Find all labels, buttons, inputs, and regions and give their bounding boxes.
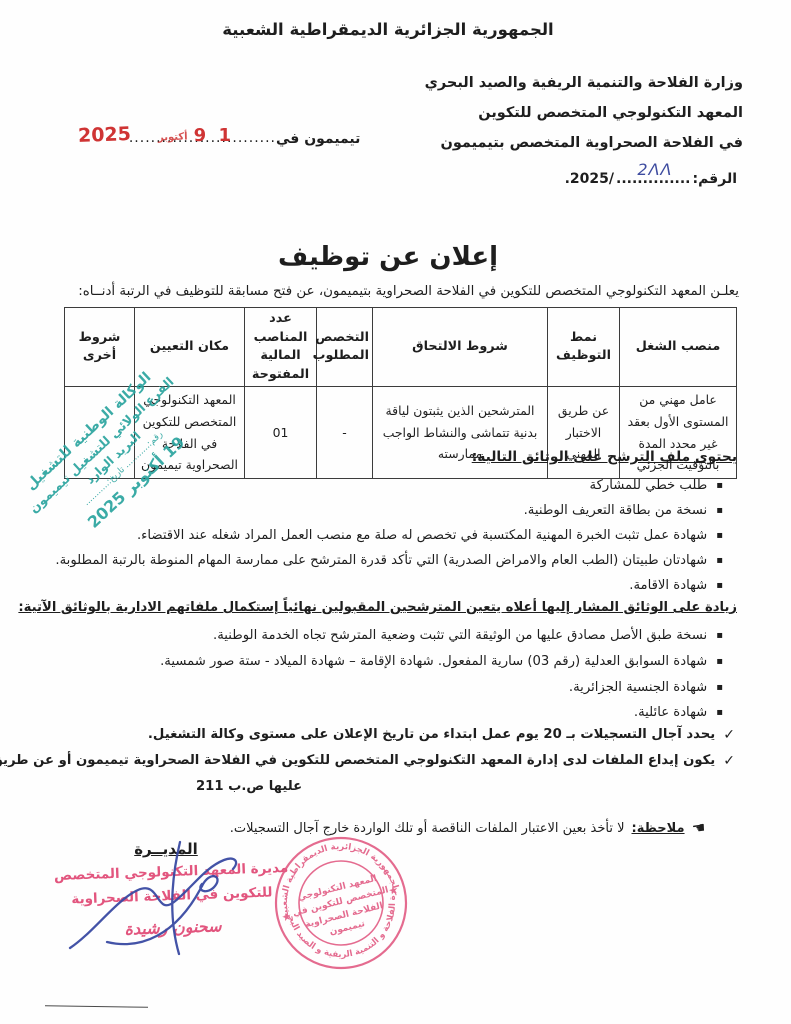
list-item: ▪ شهادة الاقامة. <box>629 578 723 594</box>
institute-line-1: المعهد التكنولوجي المتخصص للتكوين <box>478 105 743 121</box>
date-stamp-month: أكتوبر <box>158 131 188 143</box>
handwritten-ref-number: 2ΛΛ <box>637 160 672 179</box>
col-header-location: مكان التعيين <box>135 308 245 387</box>
stamp-arc-bottom-text: وزارة الفلاحة و التنمية الريفية و الصيد … <box>255 817 410 977</box>
stamp-star-left: ★ <box>280 910 293 925</box>
page-title: إعلان عن توظيف <box>0 242 776 272</box>
note-text: لا تأخذ بعين الاعتبار الملفات الناقصة أو… <box>230 821 625 836</box>
list-item: ▪ شهادة الجنسية الجزائرية. <box>569 680 723 696</box>
square-bullet-icon: ▪ <box>716 503 723 519</box>
note-label: ملاحظة: <box>632 821 685 836</box>
cell-other-conditions <box>65 387 135 479</box>
director-name: سحنون رشيدة <box>53 913 294 940</box>
cell-location: المعهد التكنولوجي المتخصص للتكوين في الف… <box>135 387 245 479</box>
square-bullet-icon: ▪ <box>716 654 723 670</box>
checkmark-icon: ✓ <box>723 727 735 743</box>
square-bullet-icon: ▪ <box>716 553 723 569</box>
deadline-check-line: ✓ يحدد آجال التسجيلات بـ 20 يوم عمل ابتد… <box>148 727 735 743</box>
list-item: ▪ شهادة عائلية. <box>634 705 723 721</box>
reference-number-line: الرقم: .............. 2ΛΛ /2025. <box>565 171 737 187</box>
docs-section-heading: يحتوي ملف الترشح على الوثائق التالية: <box>472 449 737 465</box>
square-bullet-icon: ▪ <box>716 628 723 644</box>
list-item: ▪ نسخة من بطاقة التعريف الوطنية. <box>524 503 723 519</box>
cell-specialty: - <box>317 387 373 479</box>
submission-check-continuation: عليها ص.ب 211 <box>196 779 302 794</box>
reference-year: /2025. <box>565 171 614 187</box>
scan-artifact-line <box>45 1005 148 1008</box>
square-bullet-icon: ▪ <box>716 680 723 696</box>
date-line: تيميمون في ........................... 1… <box>86 128 360 150</box>
list-item: ▪ شهادتان طبيتان (الطب العام والامراض ال… <box>55 553 723 569</box>
list-item: ▪ نسخة طبق الأصل مصادق عليها من الوثيقة … <box>213 628 723 644</box>
date-stamp-year: 2025 <box>78 123 132 147</box>
col-header-eligibility: شروط الالتحاق <box>373 308 548 387</box>
intro-sentence: يعلـن المعهد التكنولوجي المتخصص للتكوين … <box>78 284 739 299</box>
republic-header: الجمهورية الجزائرية الديمقراطية الشعبية <box>0 20 776 39</box>
submission-check-line: ✓ يكون إيداع الملفات لدى إدارة المعهد ال… <box>0 753 735 769</box>
pointing-hand-icon: ☚ <box>690 818 706 838</box>
director-title: المديــرة <box>108 840 224 858</box>
note-line: ☚ ملاحظة: لا تأخذ بعين الاعتبار الملفات … <box>230 819 705 837</box>
list-item: ▪ شهادة السوابق العدلية (رقم 03) سارية ا… <box>160 654 723 670</box>
square-bullet-icon: ▪ <box>716 578 723 594</box>
reference-dots: .............. 2ΛΛ <box>616 171 690 187</box>
square-bullet-icon: ▪ <box>716 705 723 721</box>
col-header-other-conditions: شروط أخرى <box>65 308 135 387</box>
date-city-prefix: تيميمون في <box>276 131 360 147</box>
col-header-job-position: منصب الشغل <box>620 308 737 387</box>
list-item: ▪ شهادة عمل تثبت الخبرة المهنية المكتسبة… <box>137 528 723 544</box>
checkmark-icon: ✓ <box>723 753 735 769</box>
scanned-document-page: الجمهورية الجزائرية الديمقراطية الشعبية … <box>0 0 791 1024</box>
square-bullet-icon: ▪ <box>716 478 723 494</box>
date-stamp-area: ........................... 1 9 أكتوبر 2… <box>86 128 276 150</box>
col-header-recruitment-mode: نمط التوظيف <box>548 308 620 387</box>
date-stamp-day: 1 9 <box>194 125 234 146</box>
col-header-open-posts: عدد المناصب المالية المفتوحة <box>245 308 317 387</box>
official-round-stamp: الجمهورية الجزائرية الديمقراطية الشعبية … <box>255 817 427 989</box>
institute-line-2: في الفلاحة الصحراوية المتخصص بتيميمون <box>440 135 743 151</box>
reference-label: الرقم: <box>692 171 737 187</box>
col-header-specialty: التخصص المطلوب <box>317 308 373 387</box>
table-header-row: منصب الشغل نمط التوظيف شروط الالتحاق الت… <box>65 308 737 387</box>
ministry-line: وزارة الفلاحة والتنمية الريفية والصيد ال… <box>425 75 743 91</box>
director-name-stamp: مديرة المعهد التكنولوجي المتخصص للتكوين … <box>51 856 294 941</box>
cell-open-posts: 01 <box>245 387 317 479</box>
list-item: ▪ طلب خطي للمشاركة <box>590 478 723 494</box>
extra-docs-section-heading: زيادة على الوثائق المشار إليها أعلاه يتع… <box>18 600 737 615</box>
square-bullet-icon: ▪ <box>716 528 723 544</box>
